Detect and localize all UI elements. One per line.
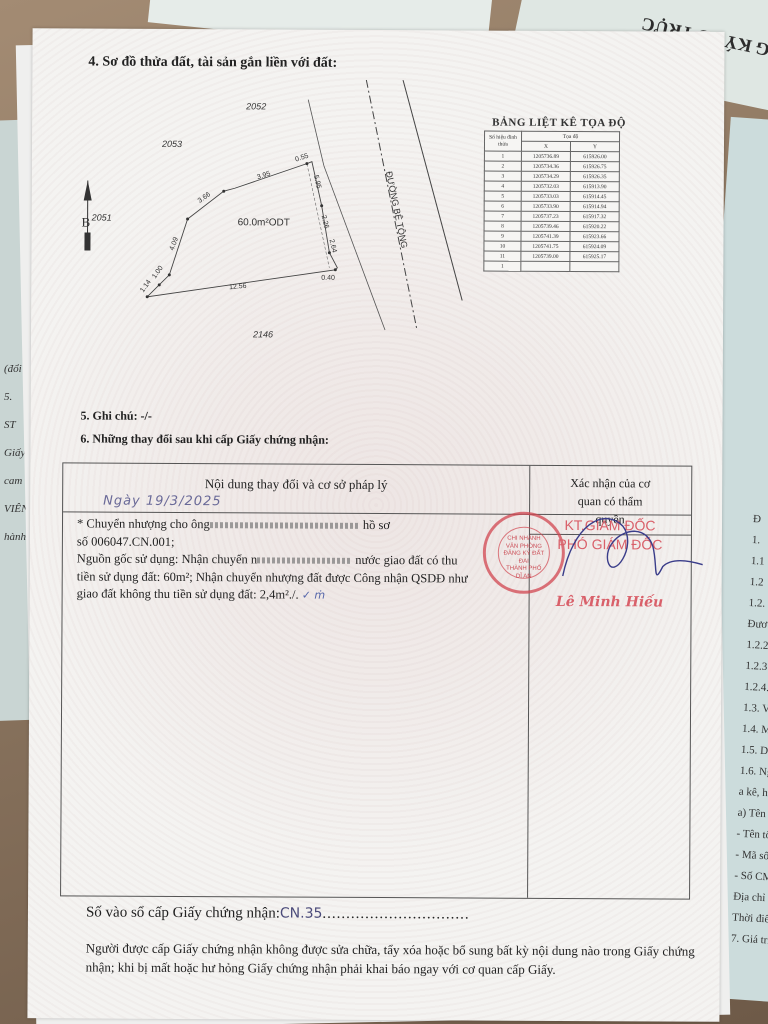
neighbor-parcel-2051: 2051 bbox=[91, 213, 112, 223]
handwritten-date: Ngày 19/3/2025 bbox=[103, 494, 222, 510]
changes-table: Nội dung thay đổi và cơ sở pháp lý Xác n… bbox=[60, 462, 692, 899]
coordinate-row: 81205739.46615920.22 bbox=[484, 221, 619, 232]
section-6-heading: 6. Những thay đổi sau khi cấp Giấy chứng… bbox=[80, 431, 329, 447]
svg-text:3.66: 3.66 bbox=[197, 191, 212, 205]
road-label: ĐƯỜNG BÊ TÔNG bbox=[384, 170, 410, 249]
coordinate-row: 11205736.89615926.00 bbox=[484, 151, 619, 162]
coordinate-table: Số hiệu đỉnh thửa Tọa độ XY 11205736.896… bbox=[483, 131, 620, 273]
svg-text:0.40: 0.40 bbox=[321, 275, 335, 282]
svg-text:1.14: 1.14 bbox=[139, 279, 153, 294]
svg-text:B: B bbox=[82, 214, 91, 229]
coordinate-row: 51205733.03615914.45 bbox=[484, 191, 619, 202]
coordinate-row: 1 bbox=[484, 261, 619, 272]
coordinate-row: 71205737.23615917.32 bbox=[484, 211, 619, 222]
svg-text:12.56: 12.56 bbox=[229, 283, 247, 291]
content-column-header: Nội dung thay đổi và cơ sở pháp lý bbox=[63, 475, 529, 493]
change-entry: * Chuyển nhượng cho ông hồ sơ số 006047.… bbox=[77, 515, 527, 605]
neighbor-parcel-2053: 2053 bbox=[161, 139, 182, 149]
coordinate-row: 111205739.00615925.17 bbox=[484, 251, 619, 262]
coordinate-row: 41205732.03615913.90 bbox=[484, 181, 619, 192]
section-4-heading: 4. Sơ đồ thửa đất, tài sản gắn liền với … bbox=[88, 54, 337, 71]
neighbor-parcel-2146: 2146 bbox=[252, 329, 273, 339]
coordinate-table-title: BẢNG LIỆT KÊ TỌA ĐỘ bbox=[492, 117, 626, 130]
registry-number-value: CN.35 bbox=[280, 906, 323, 922]
svg-text:1.00: 1.00 bbox=[151, 265, 165, 280]
svg-text:0.55: 0.55 bbox=[294, 153, 309, 164]
coordinate-row: 91205741.39615923.66 bbox=[484, 231, 619, 242]
land-certificate-page: 4. Sơ đồ thửa đất, tài sản gắn liền với … bbox=[27, 28, 724, 1022]
svg-text:2.26: 2.26 bbox=[320, 215, 330, 230]
neighbor-parcel-2052: 2052 bbox=[245, 101, 266, 111]
handwritten-initials: ✓ ṁ bbox=[302, 589, 326, 602]
coordinate-row: 101205741.75615924.09 bbox=[484, 241, 619, 252]
coordinate-row: 21205734.36615926.75 bbox=[484, 161, 619, 172]
svg-text:3.95: 3.95 bbox=[256, 170, 271, 181]
parcel-area-label: 60.0m²ODT bbox=[238, 217, 290, 228]
certificate-notice: Người được cấp Giấy chứng nhận không đượ… bbox=[86, 938, 706, 979]
svg-text:4.09: 4.09 bbox=[169, 236, 180, 251]
signatory-name: Lê Minh Hiếu bbox=[529, 594, 691, 611]
registry-number: Số vào sổ cấp Giấy chứng nhận:CN.35.....… bbox=[86, 904, 470, 923]
signature bbox=[553, 506, 703, 587]
coordinate-row: 61205733.90615914.94 bbox=[484, 201, 619, 212]
section-5-notes: 5. Ghi chú: -/- bbox=[81, 408, 152, 423]
north-arrow-icon: B bbox=[81, 180, 91, 250]
parcel-diagram: 2052 2053 2051 2146 60.0m²ODT ĐƯỜNG BÊ T… bbox=[67, 78, 488, 340]
svg-text:5.95: 5.95 bbox=[312, 174, 322, 189]
coordinate-row: 31205734.29615926.35 bbox=[484, 171, 619, 182]
